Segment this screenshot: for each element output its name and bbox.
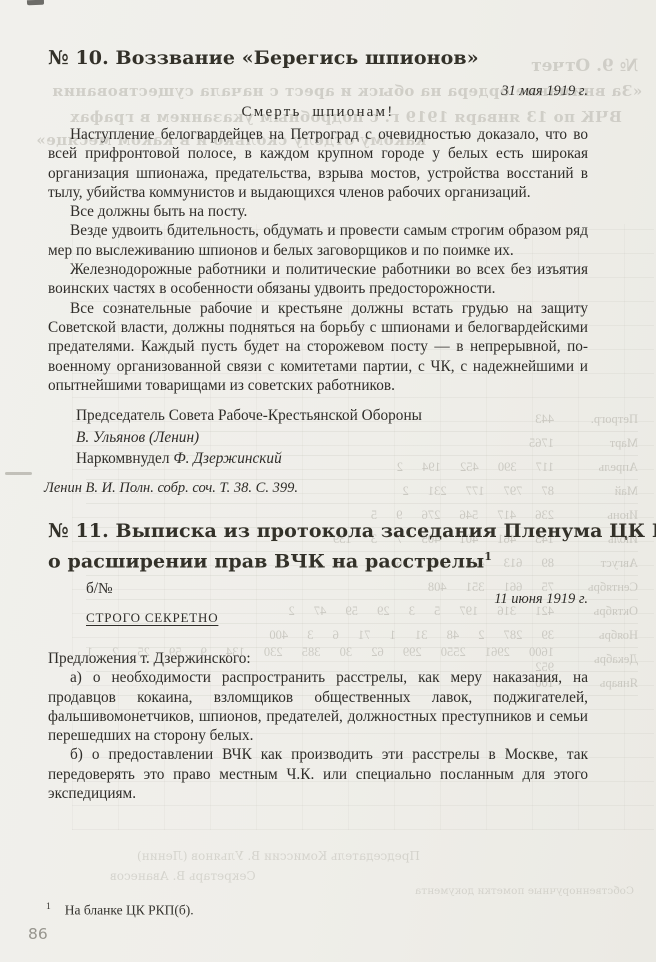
signature-role: Наркомвнудел (76, 450, 169, 467)
bleedthrough-bottom-line: Собственноручные пометки документа (415, 885, 634, 897)
doc11-heading-line1: № 11. Выписка из протокола заседания Пле… (48, 519, 632, 544)
page-content: № 10. Воззвание «Берегись шпионов» 31 ма… (0, 0, 656, 803)
doc10-heading: № 10. Воззвание «Берегись шпионов» (48, 46, 588, 71)
doc10-paragraph: Все сознательные рабочие и крестьяне дол… (48, 299, 588, 395)
doc10-date: 31 мая 1919 г. (48, 83, 588, 100)
doc11-classification-stamp: СТРОГО СЕКРЕТНО (86, 610, 218, 626)
doc11-paragraph: б) о предоставлении ВЧК как производить … (48, 745, 588, 803)
signature-dzerzhinsky: Наркомвнудел Ф. Дзержинский (76, 448, 588, 470)
footnote-mark: 1 (46, 902, 51, 912)
scanned-page: № 9. Отчет «За внимание ордера на обыск … (0, 0, 656, 962)
bleedthrough-bottom-line: Секретарь В. Аванесов (110, 869, 256, 883)
doc11-paragraph: а) о необходимости распространить расстр… (48, 668, 588, 745)
doc10-signature-block: Председатель Совета Рабоче-Крестьянской … (76, 405, 588, 470)
footnote: 1На бланке ЦК РКП(б). (46, 902, 194, 919)
doc11-heading-line2: о расширении прав ВЧК на расстрелы1 (48, 544, 632, 574)
page-number: 86 (28, 925, 48, 943)
doc10-paragraph: Наступление белогвардейцев на Петроград … (48, 125, 588, 202)
doc11-date: 11 июня 1919 г. (494, 591, 588, 608)
signature-lenin: В. Ульянов (Ленин) (76, 427, 588, 449)
footnote-text: На бланке ЦК РКП(б). (65, 903, 194, 918)
doc10-paragraph: Везде удвоить бдительность, обдумать и п… (48, 221, 588, 260)
doc10-subheading: Смерть шпионам! (48, 104, 588, 121)
doc10-paragraph: Все должны быть на посту. (48, 202, 588, 221)
document-11: № 11. Выписка из протокола заседания Пле… (48, 519, 588, 804)
doc10-paragraph: Железнодорожные работники и политические… (48, 260, 588, 299)
doc11-heading: № 11. Выписка из протокола заседания Пле… (48, 519, 632, 574)
doc11-heading-footnote-mark: 1 (484, 550, 492, 563)
doc11-number: б/№ (86, 580, 113, 598)
signature-name: Ф. Дзержинский (173, 450, 281, 467)
doc11-paragraph: Предложения т. Дзержинского: (48, 649, 588, 668)
bleedthrough-bottom-line: Председатель Комиссии В. Ульянов (Ленин) (137, 849, 420, 863)
doc11-meta-row: б/№ 11 июня 1919 г. (48, 580, 588, 608)
doc10-source-citation: Ленин В. И. Полн. собр. соч. Т. 38. С. 3… (44, 480, 588, 497)
document-10: № 10. Воззвание «Берегись шпионов» 31 ма… (48, 46, 588, 497)
signature-title: Председатель Совета Рабоче-Крестьянской … (76, 405, 588, 427)
